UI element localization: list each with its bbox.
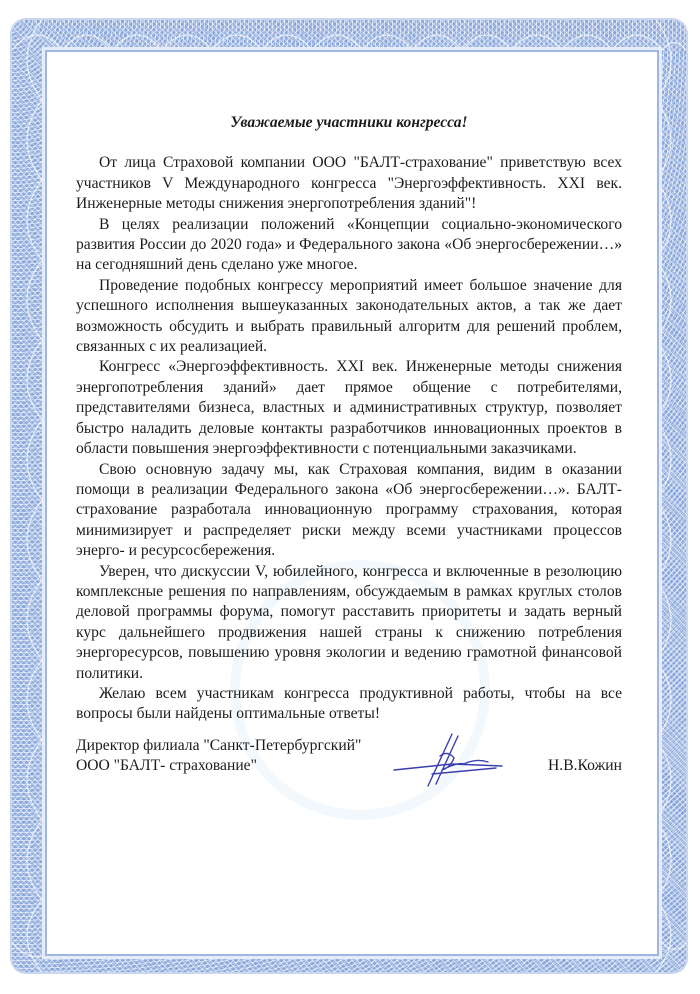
paragraph-congress: Конгресс «Энергоэффективность. XXI век. … <box>76 357 622 459</box>
paragraph-mission: Свою основную задачу мы, как Страховая к… <box>76 460 622 562</box>
signatory-position: Директор филиала "Санкт-Петербургский" О… <box>76 736 361 776</box>
position-line-1: Директор филиала "Санкт-Петербургский" <box>76 736 361 756</box>
paragraph-events: Проведение подобных конгрессу мероприяти… <box>76 276 622 358</box>
paragraph-greeting: От лица Страховой компании ООО "БАЛТ-стр… <box>76 153 622 214</box>
signatory-name: Н.В.Кожин <box>548 756 622 776</box>
paragraph-discussion: Уверен, что дискуссии V, юбилейного, кон… <box>76 562 622 684</box>
letter-title: Уважаемые участники конгресса! <box>76 113 622 133</box>
letter-body: Уважаемые участники конгресса! От лица С… <box>76 113 622 725</box>
paragraph-concept: В целях реализации положений «Концепции … <box>76 215 622 276</box>
signature-block: Директор филиала "Санкт-Петербургский" О… <box>76 736 622 796</box>
handwritten-signature-icon <box>392 728 504 790</box>
paragraph-wishes: Желаю всем участникам конгресса продукти… <box>76 684 622 725</box>
position-line-2: ООО "БАЛТ- страхование" <box>76 756 361 776</box>
